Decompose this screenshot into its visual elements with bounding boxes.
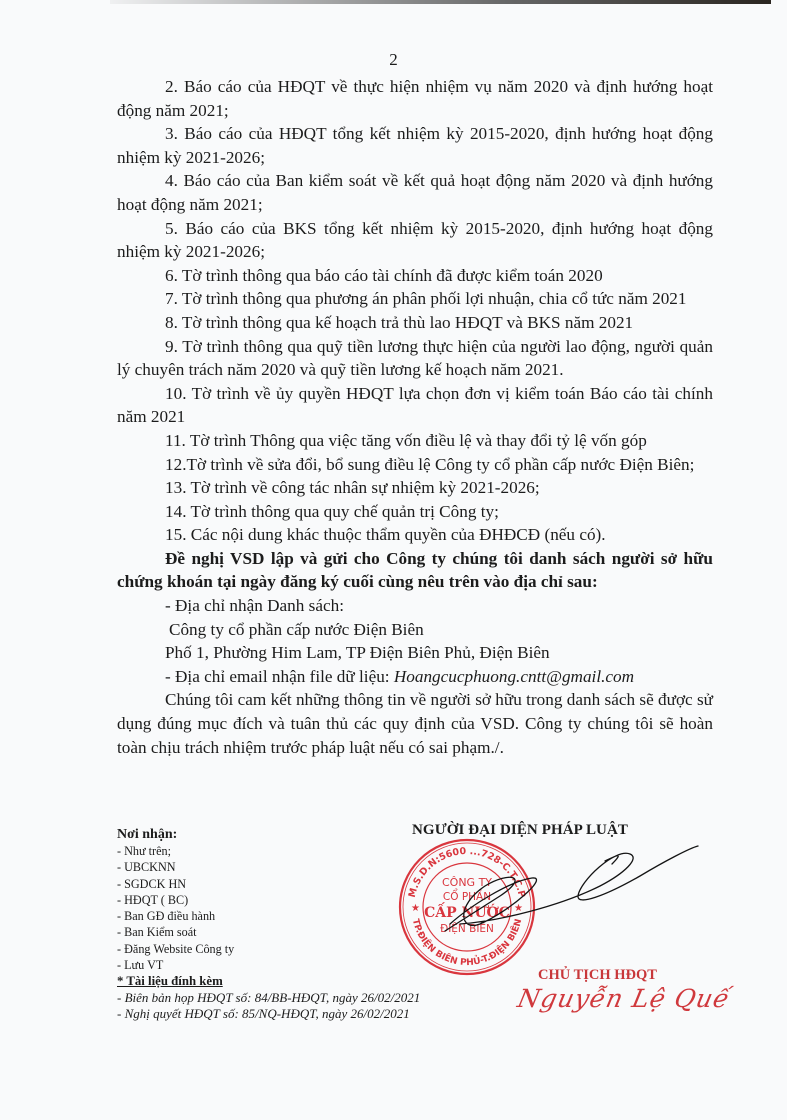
stamp-star-icon: ★ <box>411 903 420 914</box>
agenda-item: 4. Báo cáo của Ban kiểm soát về kết quả … <box>117 169 713 216</box>
recipients-block: Nơi nhận: - Như trên; - UBCKNN - SGDCK H… <box>117 826 420 1023</box>
agenda-item: 2. Báo cáo của HĐQT về thực hiện nhiệm v… <box>117 75 713 122</box>
agenda-item: 15. Các nội dung khác thuộc thẩm quyền c… <box>117 523 713 547</box>
recipient-item: - Đăng Website Công ty <box>117 941 420 957</box>
recipient-item: - SGDCK HN <box>117 876 420 892</box>
handwritten-signature <box>440 836 700 946</box>
agenda-item: 7. Tờ trình thông qua phương án phân phố… <box>117 287 713 311</box>
agenda-item: 9. Tờ trình thông qua quỹ tiền lương thự… <box>117 335 713 382</box>
recipient-item: - Như trên; <box>117 843 420 859</box>
email-label: - Địa chỉ email nhận file dữ liệu: <box>165 667 394 686</box>
agenda-item: 11. Tờ trình Thông qua việc tăng vốn điề… <box>117 429 713 453</box>
attachment-item: - Biên bản họp HĐQT số: 84/BB-HĐQT, ngày… <box>117 990 420 1007</box>
recipient-item: - UBCKNN <box>117 859 420 875</box>
recipient-item: - Lưu VT <box>117 957 420 973</box>
agenda-item: 12.Tờ trình về sửa đổi, bổ sung điều lệ … <box>117 453 713 477</box>
agenda-item: 13. Tờ trình về công tác nhân sự nhiệm k… <box>117 476 713 500</box>
recipient-item: - Ban Kiểm soát <box>117 924 420 940</box>
scan-edge-shadow <box>110 0 771 4</box>
company-address: Phố 1, Phường Him Lam, TP Điện Biên Phủ,… <box>117 641 713 665</box>
email-address[interactable]: Hoangcucphuong.cntt@gmail.com <box>394 667 634 686</box>
agenda-item: 6. Tờ trình thông qua báo cáo tài chính … <box>117 264 713 288</box>
recipient-item: - Ban GĐ điều hành <box>117 908 420 924</box>
email-line: - Địa chỉ email nhận file dữ liệu: Hoang… <box>117 665 713 689</box>
chair-title: CHỦ TỊCH HĐQT <box>538 967 657 984</box>
agenda-item: 5. Báo cáo của BKS tổng kết nhiệm kỳ 201… <box>117 217 713 264</box>
page-number: 2 <box>0 50 787 70</box>
agenda-item: 14. Tờ trình thông qua quy chế quản trị … <box>117 500 713 524</box>
request-paragraph: Đề nghị VSD lập và gửi cho Công ty chúng… <box>117 547 713 594</box>
company-name: Công ty cổ phần cấp nước Điện Biên <box>117 618 713 642</box>
attachments-heading: * Tài liệu đính kèm <box>117 973 420 989</box>
recipient-item: - HĐQT ( BC) <box>117 892 420 908</box>
document-body: 2. Báo cáo của HĐQT về thực hiện nhiệm v… <box>117 75 713 759</box>
attachment-item: - Nghị quyết HĐQT số: 85/NQ-HĐQT, ngày 2… <box>117 1006 420 1023</box>
commitment-paragraph: Chúng tôi cam kết những thông tin về ngư… <box>117 688 713 759</box>
recipients-heading: Nơi nhận: <box>117 826 420 843</box>
agenda-item: 10. Tờ trình về ủy quyền HĐQT lựa chọn đ… <box>117 382 713 429</box>
agenda-item: 8. Tờ trình thông qua kế hoạch trả thù l… <box>117 311 713 335</box>
agenda-item: 3. Báo cáo của HĐQT tổng kết nhiệm kỳ 20… <box>117 122 713 169</box>
chair-name: Nguyễn Lệ Quế <box>515 984 733 1013</box>
address-label: - Địa chỉ nhận Danh sách: <box>117 594 713 618</box>
